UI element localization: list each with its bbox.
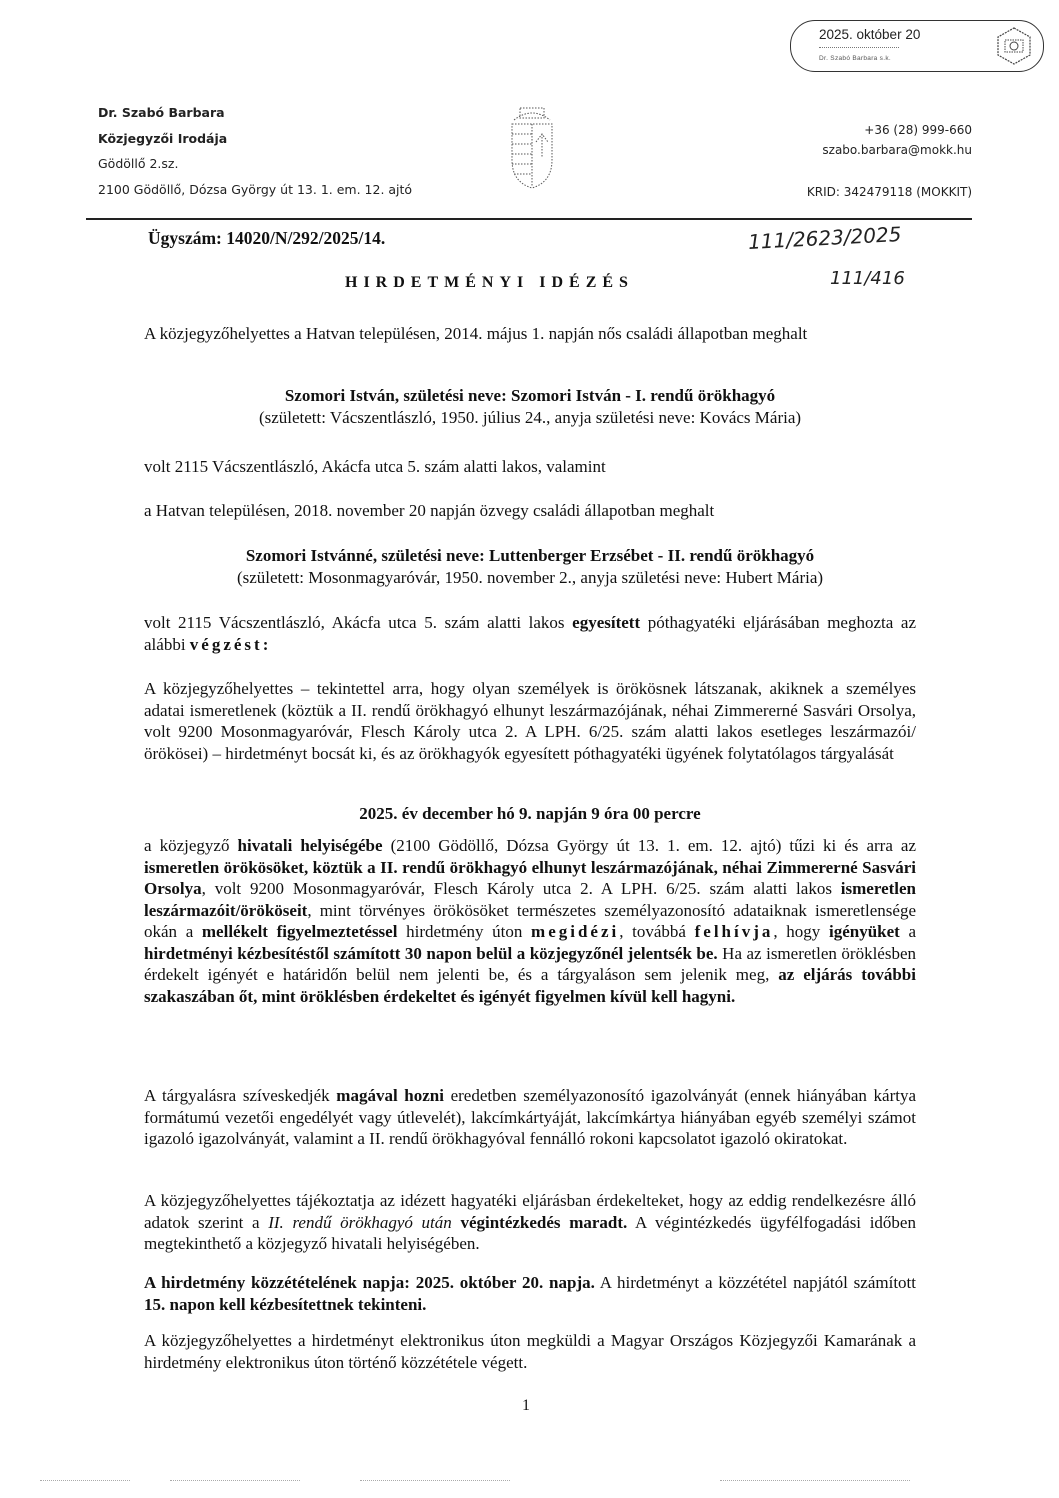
decedent-2-death: a Hatvan településen, 2018. november 20 … — [144, 500, 916, 522]
case-number: Ügyszám: 14020/N/292/2025/14. — [148, 228, 385, 249]
chamber-seal-icon — [995, 26, 1033, 66]
decedent-1: Szomori István, születési neve: Szomori … — [144, 385, 916, 428]
scan-artifact — [360, 1480, 510, 1481]
stamp-date: 2025. október 20 — [819, 27, 920, 42]
hearing-date: 2025. év december hó 9. napján 9 óra 00 … — [144, 803, 916, 825]
notary-phone[interactable]: +36 (28) 999-660 — [807, 120, 972, 140]
scan-artifact — [170, 1480, 300, 1481]
decedent-1-name: Szomori István, születési neve: Szomori … — [144, 385, 916, 407]
will-paragraph: A közjegyzőhelyettes tájékoztatja az idé… — [144, 1190, 916, 1255]
document-page: 2025. október 20 Dr. Szabó Barbara s.k. … — [0, 0, 1059, 1498]
notary-name: Dr. Szabó Barbara — [98, 100, 412, 126]
stamp-signature: Dr. Szabó Barbara s.k. — [819, 55, 891, 62]
publication-paragraph: A hirdetmény közzétételének napja: 2025.… — [144, 1272, 916, 1315]
handwritten-filing-number: 111/2623/2025 — [747, 222, 901, 254]
ruling-intro: volt 2115 Vácszentlászló, Akácfa utca 5.… — [144, 612, 916, 655]
stamp-dotted-line — [819, 47, 899, 48]
scan-artifact — [720, 1480, 910, 1481]
decedent-1-address: volt 2115 Vácszentlászló, Akácfa utca 5.… — [144, 456, 916, 478]
notary-krid: KRID: 342479118 (MOKKIT) — [807, 182, 972, 202]
decedent-2: Szomori Istvánné, születési neve: Lutten… — [144, 545, 916, 588]
documents-paragraph: A tárgyalásra szíveskedjék magával hozni… — [144, 1085, 916, 1150]
receipt-stamp: 2025. október 20 Dr. Szabó Barbara s.k. — [790, 20, 1044, 72]
ruling-word: végzést — [190, 635, 263, 654]
letterhead-left: Dr. Szabó Barbara Közjegyzői Irodája Göd… — [98, 100, 412, 202]
page-number: 1 — [522, 1397, 530, 1415]
decedent-2-name: Szomori Istvánné, születési neve: Lutten… — [144, 545, 916, 567]
coat-of-arms-icon — [506, 102, 558, 190]
decedent-1-birth: (született: Vácszentlászló, 1950. július… — [144, 407, 916, 429]
notary-seat: Gödöllő 2.sz. — [98, 151, 412, 177]
letterhead-right: +36 (28) 999-660 szabo.barbara@mokk.hu K… — [807, 120, 972, 202]
notice-paragraph: A közjegyzőhelyettes – tekintettel arra,… — [144, 678, 916, 764]
notary-email[interactable]: szabo.barbara@mokk.hu — [807, 140, 972, 160]
decedent-2-birth: (született: Mosonmagyaróvár, 1950. novem… — [144, 567, 916, 589]
header-divider — [86, 218, 972, 220]
notary-address: 2100 Gödöllő, Dózsa György út 13. 1. em.… — [98, 177, 412, 203]
notary-office: Közjegyzői Irodája — [98, 126, 412, 152]
summons-paragraph: a közjegyző hivatali helyiségébe (2100 G… — [144, 835, 916, 1007]
handwritten-annotation: 111/416 — [830, 268, 905, 289]
electronic-publication-paragraph: A közjegyzőhelyettes a hirdetményt elekt… — [144, 1330, 916, 1373]
scan-artifact — [40, 1480, 130, 1481]
intro-paragraph: A közjegyzőhelyettes a Hatvan települése… — [144, 323, 916, 345]
document-title: HIRDETMÉNYI IDÉZÉS — [345, 274, 634, 292]
